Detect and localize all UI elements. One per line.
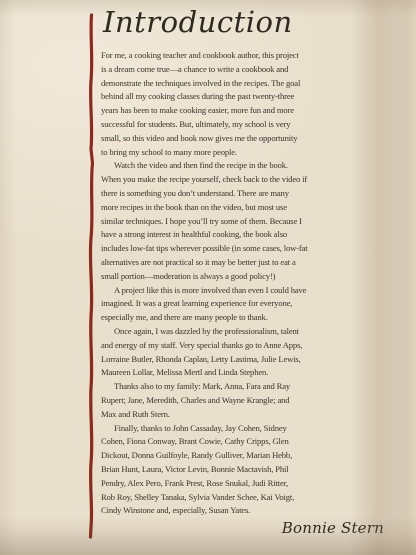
page-title: Introduction xyxy=(103,5,293,39)
paragraph-project: A project like this is more involved tha… xyxy=(101,284,361,325)
author-signature: Bonnie Stern xyxy=(282,519,384,537)
paragraph-staff: Once again, I was dazzled by the profess… xyxy=(101,325,361,380)
decorative-rule xyxy=(84,13,98,539)
paragraph-finally: Finally, thanks to John Cassaday, Jay Co… xyxy=(101,422,361,519)
paragraph-video: Watch the video and then find the recipe… xyxy=(101,159,361,283)
book-page: Introduction For me, a cooking teacher a… xyxy=(0,0,416,555)
body-text: For me, a cooking teacher and cookbook a… xyxy=(101,49,361,518)
paragraph-intro: For me, a cooking teacher and cookbook a… xyxy=(101,49,361,159)
paragraph-family: Thanks also to my family: Mark, Anna, Fa… xyxy=(101,380,361,421)
